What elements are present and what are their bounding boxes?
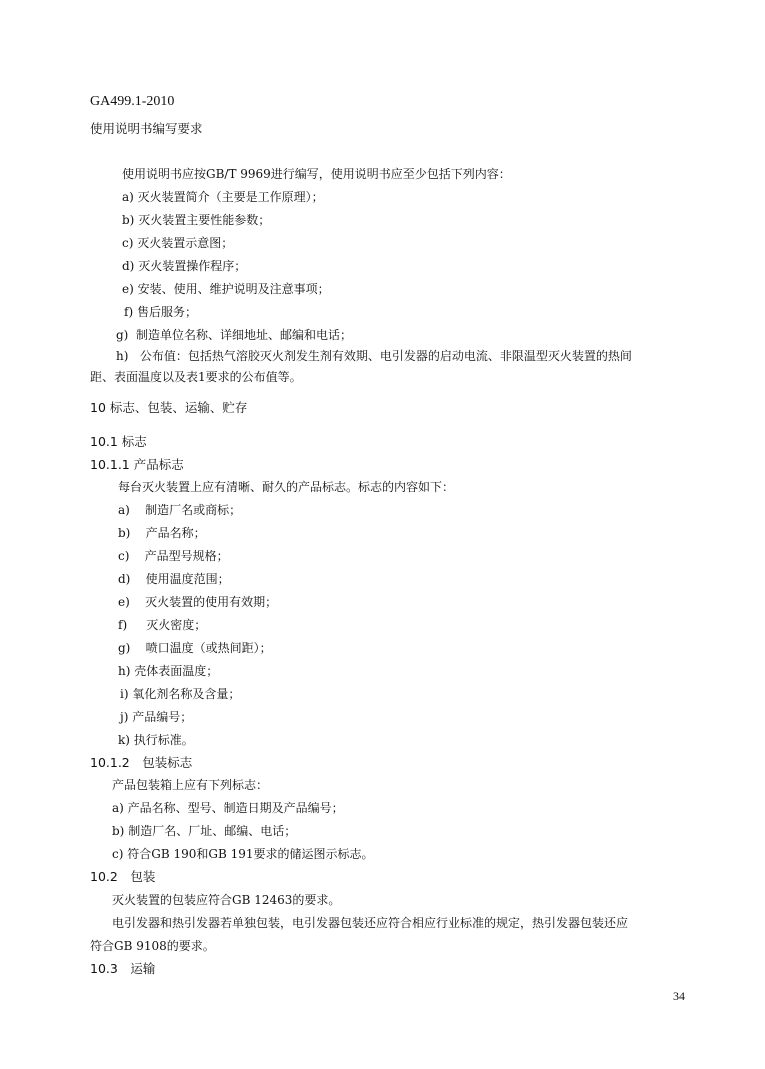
list-label: g) — [118, 641, 130, 655]
list-text: 氧化剂名称及含量； — [132, 687, 240, 701]
list-label: b) — [112, 824, 124, 838]
list-label: c) — [112, 847, 123, 861]
packaging-para-2-line-1: 电引发器和热引发器若单独包装，电引发器包装还应符合相应行业标准的规定，热引发器包… — [112, 915, 628, 931]
list-item: k) 执行标准。 — [118, 732, 194, 748]
list-item: c) 产品型号规格； — [118, 548, 229, 564]
product-marking-intro: 每台灭火装置上应有清晰、耐久的产品标志。标志的内容如下： — [118, 479, 454, 495]
list-item: g) 制造单位名称、详细地址、邮编和电话； — [116, 327, 352, 343]
list-label: d) — [118, 572, 130, 586]
list-text: 执行标准。 — [134, 733, 194, 747]
list-label: c) — [118, 549, 129, 563]
list-text: 产品编号； — [132, 710, 192, 724]
list-label: g) — [116, 328, 128, 342]
list-item-continuation: 距、表面温度以及表1要求的公布值等。 — [90, 369, 302, 385]
list-text: 喷口温度（或热间距）； — [146, 641, 272, 655]
list-label: a) — [122, 190, 134, 204]
list-item: a) 灭火装置简介（主要是工作原理）； — [122, 189, 324, 205]
list-item: d) 灭火装置操作程序； — [122, 258, 246, 274]
list-text: 使用温度范围； — [146, 572, 230, 586]
list-label: c) — [122, 236, 133, 250]
list-item: f) 售后服务； — [124, 304, 197, 320]
list-item: e) 安装、使用、维护说明及注意事项； — [122, 281, 330, 297]
list-label: a) — [118, 503, 130, 517]
list-item: b) 灭火装置主要性能参数； — [122, 212, 270, 228]
list-item: f) 灭火密度； — [118, 617, 206, 633]
list-text: 制造厂名、厂址、邮编、电话； — [128, 824, 296, 838]
section-heading-10-3: 10.3 运输 — [90, 961, 155, 977]
packaging-para-1: 灭火装置的包装应符合GB 12463的要求。 — [112, 892, 340, 908]
list-label: f) — [118, 618, 127, 632]
section-heading-10-1-1: 10.1.1 产品标志 — [90, 457, 184, 473]
list-text: 灭火密度； — [146, 618, 206, 632]
list-text: 灭火装置的使用有效期； — [145, 595, 277, 609]
list-item: e) 灭火装置的使用有效期； — [118, 594, 277, 610]
list-label: f) — [124, 305, 133, 319]
list-text: 符合GB 190和GB 191要求的储运图示标志。 — [127, 847, 373, 861]
list-text: 壳体表面温度； — [134, 664, 218, 678]
list-label: k) — [118, 733, 130, 747]
list-item: b) 制造厂名、厂址、邮编、电话； — [112, 823, 296, 839]
list-label: i) — [120, 687, 129, 701]
section-heading-10-1-2: 10.1.2 包装标志 — [90, 755, 192, 771]
list-text: 产品名称、型号、制造日期及产品编号； — [128, 801, 344, 815]
packaging-para-2-line-2: 符合GB 9108的要求。 — [90, 938, 215, 954]
list-label: h) — [118, 664, 130, 678]
section-heading-10-1: 10.1 标志 — [90, 434, 147, 450]
list-item: c) 灭火装置示意图； — [122, 235, 233, 251]
list-text: 制造厂名或商标； — [145, 503, 241, 517]
list-label: e) — [122, 282, 134, 296]
list-item: i) 氧化剂名称及含量； — [120, 686, 240, 702]
list-item: h) 壳体表面温度； — [118, 663, 218, 679]
list-label: h) — [116, 349, 128, 363]
list-item: a) 制造厂名或商标； — [118, 502, 241, 518]
section-heading-10: 10 标志、包装、运输、贮存 — [90, 400, 247, 416]
manual-intro: 使用说明书应按GB/T 9969进行编写，使用说明书应至少包括下列内容： — [122, 166, 511, 182]
standard-code: GA499.1-2010 — [90, 94, 174, 110]
list-text: 制造单位名称、详细地址、邮编和电话； — [136, 328, 352, 342]
list-text: 灭火装置主要性能参数； — [138, 213, 270, 227]
list-item: a) 产品名称、型号、制造日期及产品编号； — [112, 800, 344, 816]
list-label: d) — [122, 259, 134, 273]
section-title: 使用说明书编写要求 — [90, 121, 203, 137]
page-number: 34 — [673, 988, 685, 1004]
list-text: 灭火装置操作程序； — [138, 259, 246, 273]
section-heading-10-2: 10.2 包装 — [90, 869, 155, 885]
list-text: 公布值：包括热气溶胶灭火剂发生剂有效期、电引发器的启动电流、非限温型灭火装置的热… — [140, 349, 632, 363]
list-label: a) — [112, 801, 124, 815]
list-label: b) — [122, 213, 134, 227]
list-text: 安装、使用、维护说明及注意事项； — [138, 282, 330, 296]
list-item: d) 使用温度范围； — [118, 571, 230, 587]
list-text: 产品型号规格； — [145, 549, 229, 563]
list-item: j) 产品编号； — [120, 709, 192, 725]
list-text: 售后服务； — [137, 305, 197, 319]
list-text: 灭火装置示意图； — [137, 236, 233, 250]
package-marking-intro: 产品包装箱上应有下列标志： — [112, 777, 268, 793]
list-item: b) 产品名称； — [118, 525, 206, 541]
list-label: e) — [118, 595, 130, 609]
list-text: 灭火装置简介（主要是工作原理）； — [138, 190, 324, 204]
list-label: j) — [120, 710, 128, 724]
list-item: c) 符合GB 190和GB 191要求的储运图示标志。 — [112, 846, 373, 862]
list-item: g) 喷口温度（或热间距）； — [118, 640, 272, 656]
list-label: b) — [118, 526, 130, 540]
list-text: 产品名称； — [146, 526, 206, 540]
list-item: h) 公布值：包括热气溶胶灭火剂发生剂有效期、电引发器的启动电流、非限温型灭火装… — [116, 348, 632, 364]
